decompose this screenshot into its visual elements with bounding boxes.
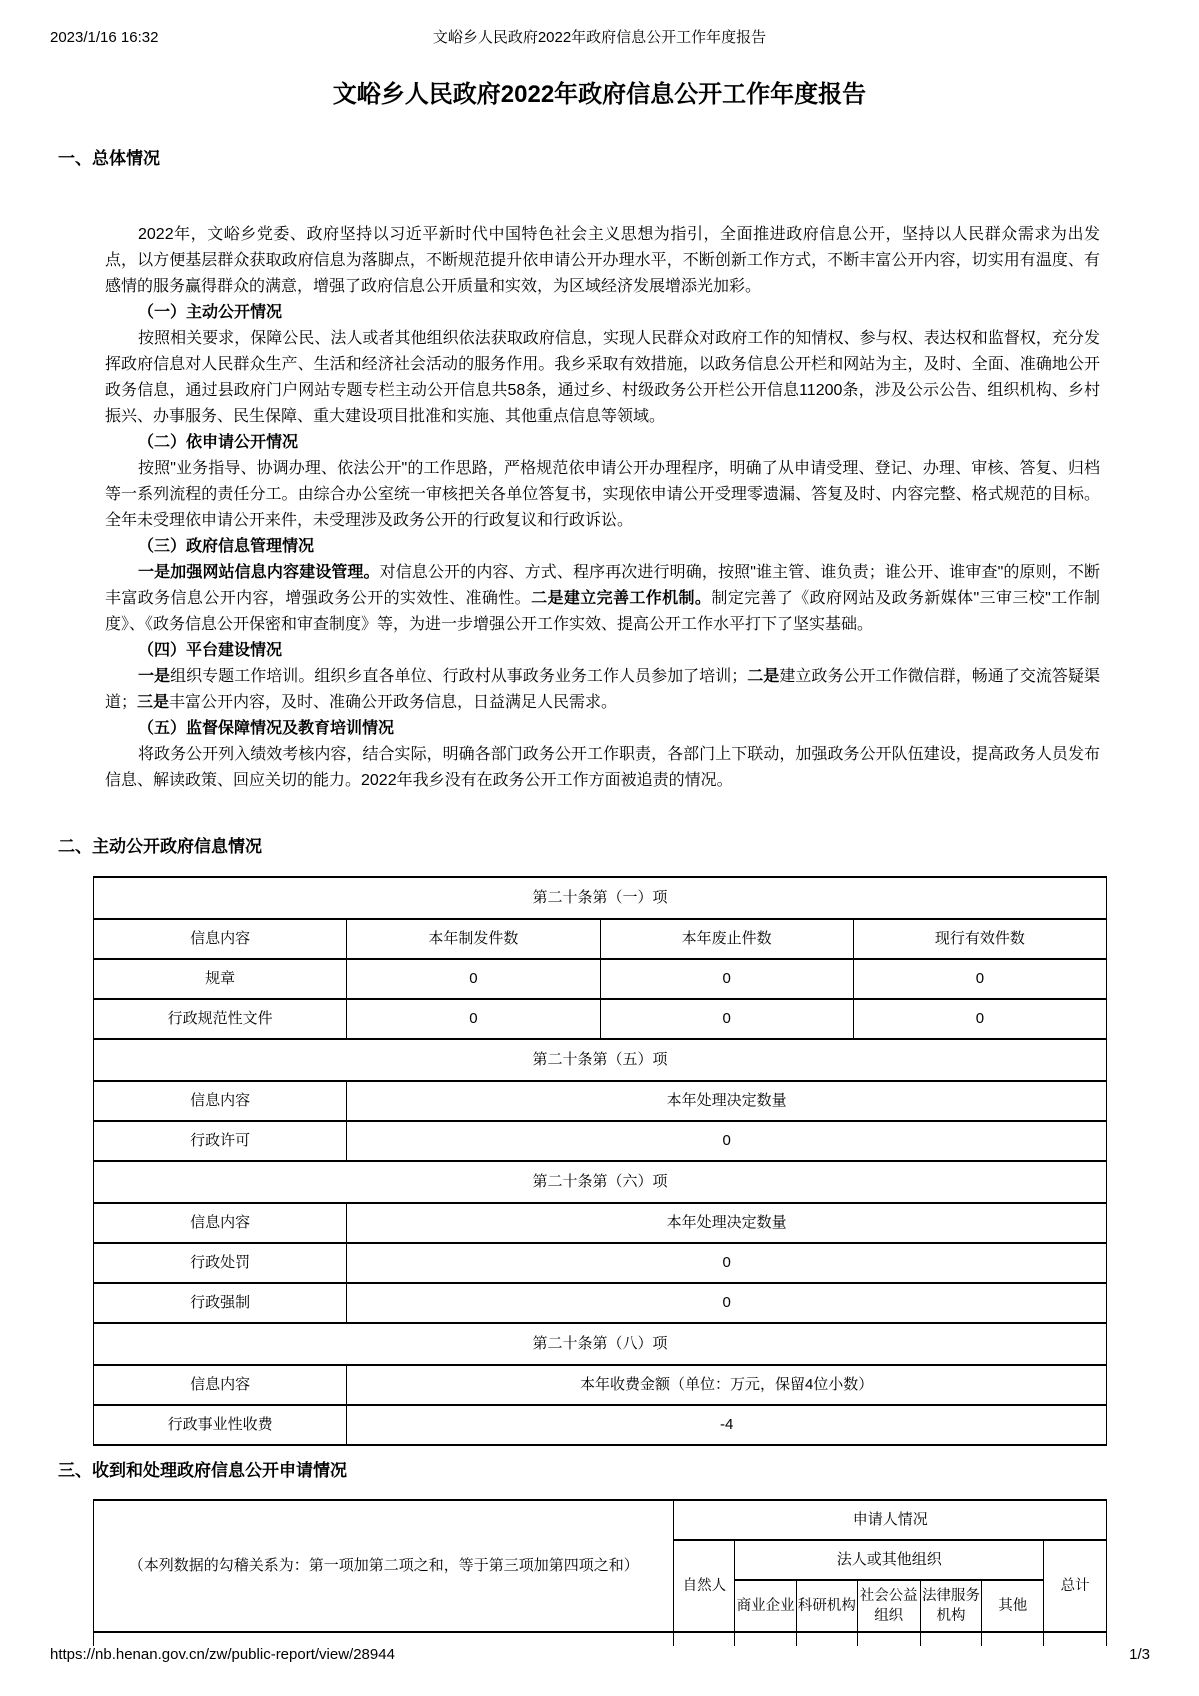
row-label: 行政许可 <box>94 1121 347 1161</box>
bold-run: 三是 <box>137 694 169 711</box>
paragraph-platform-construction: 一是组织专题工作培训。组织乡直各单位、行政村从事政务业务工作人员参加了培训；二是… <box>105 664 1100 716</box>
paragraph-info-management: 一是加强网站信息内容建设管理。对信息公开的内容、方式、程序再次进行明确，按照"谁… <box>105 560 1100 638</box>
subheading-on-request-disclosure: （二）依申请公开情况 <box>105 430 1100 456</box>
cell-value: 0 <box>600 999 853 1039</box>
print-footer: https://nb.henan.gov.cn/zw/public-report… <box>50 1645 1150 1665</box>
table-row: 信息内容 本年处理决定数量 <box>94 1203 1107 1243</box>
table-section-title: 第二十条第（五）项 <box>94 1039 1107 1081</box>
table-row: 信息内容 本年收费金额（单位：万元，保留4位小数） <box>94 1365 1107 1405</box>
bold-run: 二是建立完善工作机制。 <box>531 590 711 607</box>
column-header: 信息内容 <box>94 1203 347 1243</box>
page-indicator: 1/3 <box>1129 1645 1150 1665</box>
column-header: 法人或其他组织 <box>735 1540 1044 1580</box>
column-header: 本年制发件数 <box>347 919 600 959</box>
column-header: 信息内容 <box>94 1081 347 1121</box>
cell-value <box>982 1632 1044 1646</box>
table-section-title: 第二十条第（六）项 <box>94 1161 1107 1203</box>
table-row: 行政规范性文件 0 0 0 <box>94 999 1107 1039</box>
row-label: 行政规范性文件 <box>94 999 347 1039</box>
cell-value <box>674 1632 735 1646</box>
report-title: 文峪乡人民政府2022年政府信息公开工作年度报告 <box>0 78 1199 112</box>
column-header: 其他 <box>982 1580 1044 1632</box>
row-label: 行政事业性收费 <box>94 1405 347 1445</box>
cell-value: 0 <box>347 1283 1107 1323</box>
cell-value: 0 <box>347 959 600 999</box>
cell-value: 0 <box>853 959 1106 999</box>
cell-value <box>735 1632 797 1646</box>
table-row: 信息内容 本年处理决定数量 <box>94 1081 1107 1121</box>
cell-value: 0 <box>347 999 600 1039</box>
column-header: 本年处理决定数量 <box>347 1203 1107 1243</box>
overview-body: 2022年，文峪乡党委、政府坚持以习近平新时代中国特色社会主义思想为指引，全面推… <box>105 222 1100 794</box>
bold-run: 一是加强网站信息内容建设管理。 <box>138 564 380 581</box>
requests-table-clip: （本列数据的勾稽关系为：第一项加第二项之和，等于第三项加第四项之和） 申请人情况… <box>0 1499 1199 1646</box>
cell-value: 0 <box>853 999 1106 1039</box>
section-heading-overview: 一、总体情况 <box>58 148 1199 170</box>
column-header: 商业企业 <box>735 1580 797 1632</box>
cell-value <box>1044 1632 1107 1646</box>
table-row: 第二十条第（六）项 <box>94 1161 1107 1203</box>
paragraph-intro: 2022年，文峪乡党委、政府坚持以习近平新时代中国特色社会主义思想为指引，全面推… <box>105 222 1100 300</box>
cell-value: 0 <box>600 959 853 999</box>
row-label: 规章 <box>94 959 347 999</box>
subheading-supervision-training: （五）监督保障情况及教育培训情况 <box>105 716 1100 742</box>
text-run: 组织专题工作培训。组织乡直各单位、行政村从事政务业务工作人员参加了培训； <box>170 668 747 685</box>
subheading-info-management: （三）政府信息管理情况 <box>105 534 1100 560</box>
cell-value: 0 <box>347 1121 1107 1161</box>
paragraph-supervision-training: 将政务公开列入绩效考核内容，结合实际，明确各部门政务公开工作职责，各部门上下联动… <box>105 742 1100 794</box>
cell-value <box>920 1632 982 1646</box>
paragraph-on-request-disclosure: 按照"业务指导、协调办理、依法公开"的工作思路，严格规范依申请公开办理程序，明确… <box>105 456 1100 534</box>
column-header: 现行有效件数 <box>853 919 1106 959</box>
cell-value <box>857 1632 920 1646</box>
table-row: 第二十条第（一）项 <box>94 877 1107 919</box>
column-header: 社会公益组织 <box>857 1580 920 1632</box>
column-header: 信息内容 <box>94 1365 347 1405</box>
requests-table: （本列数据的勾稽关系为：第一项加第二项之和，等于第三项加第四项之和） 申请人情况… <box>93 1499 1107 1646</box>
print-header: 2023/1/16 16:32 文峪乡人民政府2022年政府信息公开工作年度报告 <box>0 0 1199 48</box>
table-row: 行政许可 0 <box>94 1121 1107 1161</box>
row-label: 行政强制 <box>94 1283 347 1323</box>
column-header: 本年废止件数 <box>600 919 853 959</box>
column-header: 申请人情况 <box>674 1500 1107 1540</box>
bold-run: 二是 <box>747 668 779 685</box>
section-heading-proactive-info: 二、主动公开政府信息情况 <box>58 836 1199 858</box>
table-row: 第二十条第（五）项 <box>94 1039 1107 1081</box>
column-header: 法律服务机构 <box>920 1580 982 1632</box>
table-row: 第二十条第（八）项 <box>94 1323 1107 1365</box>
bold-run: 一是 <box>138 668 170 685</box>
footer-url: https://nb.henan.gov.cn/zw/public-report… <box>50 1645 395 1665</box>
reconciliation-note: （本列数据的勾稽关系为：第一项加第二项之和，等于第三项加第四项之和） <box>94 1500 674 1632</box>
print-timestamp: 2023/1/16 16:32 <box>50 28 158 48</box>
table-row: 行政事业性收费 -4 <box>94 1405 1107 1445</box>
table-row: 行政强制 0 <box>94 1283 1107 1323</box>
table-row: 行政处罚 0 <box>94 1243 1107 1283</box>
column-header: 本年处理决定数量 <box>347 1081 1107 1121</box>
column-header: 信息内容 <box>94 919 347 959</box>
column-header: 总计 <box>1044 1540 1107 1632</box>
section-heading-requests: 三、收到和处理政府信息公开申请情况 <box>58 1460 1199 1482</box>
header-doc-title: 文峪乡人民政府2022年政府信息公开工作年度报告 <box>0 28 1199 48</box>
subheading-proactive-disclosure: （一）主动公开情况 <box>105 300 1100 326</box>
row-label: 行政处罚 <box>94 1243 347 1283</box>
column-header: 自然人 <box>674 1540 735 1632</box>
cell-value: 0 <box>347 1243 1107 1283</box>
table-row: （本列数据的勾稽关系为：第一项加第二项之和，等于第三项加第四项之和） 申请人情况 <box>94 1500 1107 1540</box>
subheading-platform-construction: （四）平台建设情况 <box>105 638 1100 664</box>
table-row <box>94 1632 1107 1646</box>
table-section-title: 第二十条第（一）项 <box>94 877 1107 919</box>
proactive-disclosure-table: 第二十条第（一）项 信息内容 本年制发件数 本年废止件数 现行有效件数 规章 0… <box>93 876 1107 1446</box>
cell-value <box>797 1632 858 1646</box>
table-section-title: 第二十条第（八）项 <box>94 1323 1107 1365</box>
column-header: 科研机构 <box>797 1580 858 1632</box>
table-row: 信息内容 本年制发件数 本年废止件数 现行有效件数 <box>94 919 1107 959</box>
table-row: 规章 0 0 0 <box>94 959 1107 999</box>
column-header: 本年收费金额（单位：万元，保留4位小数） <box>347 1365 1107 1405</box>
report-page: 2023/1/16 16:32 文峪乡人民政府2022年政府信息公开工作年度报告… <box>0 0 1199 1696</box>
cell-value <box>94 1632 674 1646</box>
paragraph-proactive-disclosure: 按照相关要求，保障公民、法人或者其他组织依法获取政府信息，实现人民群众对政府工作… <box>105 326 1100 430</box>
cell-value: -4 <box>347 1405 1107 1445</box>
text-run: 丰富公开内容，及时、准确公开政务信息，日益满足人民需求。 <box>169 694 617 711</box>
